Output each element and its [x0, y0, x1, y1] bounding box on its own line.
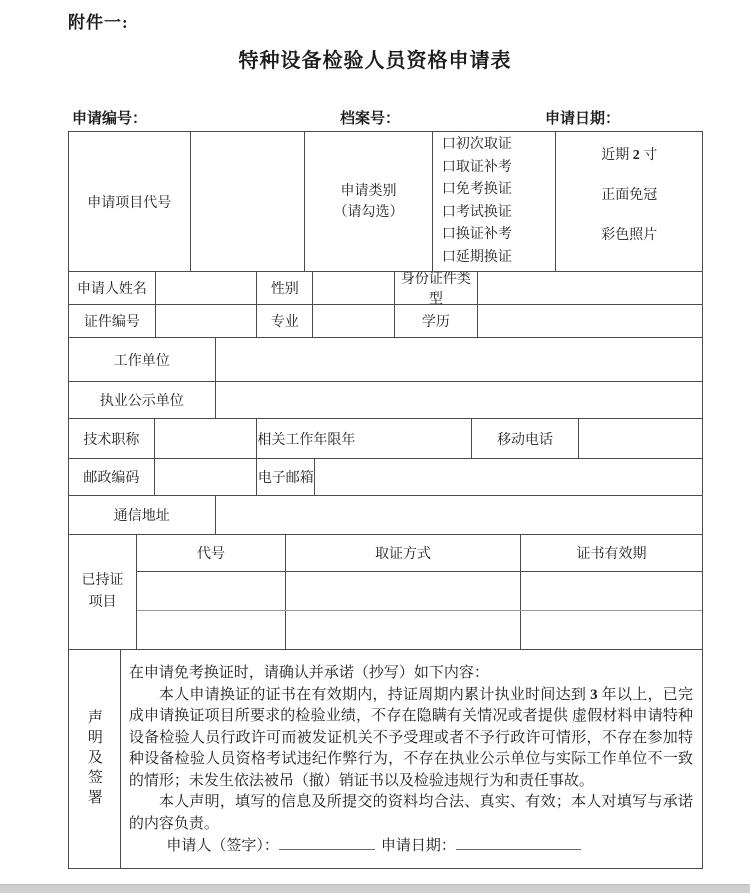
work-years-label: 相关工作年限年: [257, 419, 471, 458]
applicant-name-label: 申请人姓名: [69, 272, 156, 304]
applicant-name-field[interactable]: [156, 272, 258, 304]
project-code-field[interactable]: [191, 132, 306, 271]
declaration-commitment: 本人申请换证的证书在有效期内，持证周期内累计执业时间达到 3 年以上，已完成申请…: [129, 685, 693, 793]
held-data-row: [137, 611, 702, 649]
row-project-code: 申请项目代号 申请类别 （请勾选） 口初次取证 口取证补考 口免考换证 口考试换…: [69, 132, 702, 272]
row-declaration: 声明及签署 在申请免考换证时，请确认并承诺（抄写）如下内容： 本人申请换证的证书…: [69, 650, 702, 868]
row-address: 通信地址: [69, 496, 702, 535]
education-label: 学历: [395, 305, 478, 337]
id-number-field[interactable]: [156, 305, 258, 337]
declaration-text: 在申请免考换证时，请确认并承诺（抄写）如下内容： 本人申请换证的证书在有效期内，…: [121, 650, 702, 868]
held-code-field[interactable]: [137, 611, 286, 649]
postcode-label: 邮政编码: [69, 459, 155, 495]
application-form-table: 申请项目代号 申请类别 （请勾选） 口初次取证 口取证补考 口免考换证 口考试换…: [68, 131, 703, 869]
held-validity-field[interactable]: [521, 611, 702, 649]
declaration-label: 声明及签署: [69, 650, 121, 868]
declaration-intro: 在申请免考换证时，请确认并承诺（抄写）如下内容：: [129, 663, 693, 685]
signature-date-label: 申请日期：: [381, 838, 456, 854]
id-type-field[interactable]: [478, 272, 702, 304]
category-option-initial[interactable]: 口初次取证: [442, 134, 512, 157]
practice-unit-field[interactable]: [216, 382, 702, 418]
id-type-label: 身份证件类型: [395, 272, 478, 304]
major-field[interactable]: [313, 305, 395, 337]
category-option-exam-renew[interactable]: 口考试换证: [442, 202, 512, 225]
category-option-retake[interactable]: 口取证补考: [442, 157, 512, 180]
held-code-header: 代号: [137, 535, 286, 571]
row-applicant-name: 申请人姓名 性别 身份证件类型: [69, 272, 702, 305]
held-code-field[interactable]: [137, 572, 286, 611]
photo-line2: 正面免冠: [601, 186, 657, 206]
signature-line: 申请人（签字）：申请日期：: [129, 836, 693, 858]
category-option-exempt-renew[interactable]: 口免考换证: [442, 179, 512, 202]
held-method-field[interactable]: [286, 611, 521, 649]
project-code-label: 申请项目代号: [69, 132, 191, 271]
practice-unit-label: 执业公示单位: [69, 382, 216, 418]
photo-line1: 近期 2 寸: [601, 146, 657, 166]
tech-title-label: 技术职称: [69, 419, 155, 458]
held-method-field[interactable]: [286, 572, 521, 611]
held-validity-field[interactable]: [521, 572, 702, 611]
mobile-field[interactable]: [579, 419, 702, 458]
postcode-field[interactable]: [155, 459, 258, 495]
email-field[interactable]: [315, 459, 702, 495]
file-no-label: 档案号：: [340, 107, 400, 128]
tech-title-field[interactable]: [155, 419, 258, 458]
id-number-label: 证件编号: [69, 305, 156, 337]
category-option-delay-renew[interactable]: 口延期换证: [442, 247, 512, 270]
category-label: 申请类别 （请勾选）: [305, 132, 433, 271]
mobile-label: 移动电话: [472, 419, 580, 458]
address-field[interactable]: [216, 496, 702, 534]
held-certificates-label: 已持证 项目: [69, 535, 137, 649]
attachment-label: 附件一:: [68, 8, 129, 33]
email-label: 电子邮箱: [257, 459, 315, 495]
work-unit-field[interactable]: [216, 338, 702, 381]
signature-blank[interactable]: [279, 837, 375, 850]
signature-date-blank[interactable]: [456, 837, 581, 850]
category-label-line1: 申请类别: [341, 181, 397, 202]
held-validity-header: 证书有效期: [521, 535, 702, 571]
declaration-statement: 本人声明，填写的信息及所提交的资料均合法、真实、有效；本人对填写与承诺的内容负责…: [129, 792, 693, 835]
page-title: 特种设备检验人员资格申请表: [0, 44, 750, 73]
address-label: 通信地址: [69, 496, 216, 534]
document-page: 附件一: 特种设备检验人员资格申请表 申请编号： 档案号： 申请日期： 申请项目…: [0, 0, 750, 893]
window-bottom-edge: [0, 884, 750, 893]
held-header-row: 代号 取证方式 证书有效期: [137, 535, 702, 572]
category-label-line2: （请勾选）: [334, 202, 404, 223]
row-work-unit: 工作单位: [69, 338, 702, 382]
gender-label: 性别: [257, 272, 313, 304]
row-held-certificates: 已持证 项目 代号 取证方式 证书有效期: [69, 535, 702, 650]
row-id-number: 证件编号 专业 学历: [69, 305, 702, 338]
held-method-header: 取证方式: [286, 535, 521, 571]
application-no-label: 申请编号：: [72, 107, 147, 128]
signature-label: 申请人（签字）：: [166, 838, 279, 854]
category-options: 口初次取证 口取证补考 口免考换证 口考试换证 口换证补考 口延期换证: [433, 132, 557, 271]
photo-line3: 彩色照片: [601, 226, 657, 246]
major-label: 专业: [257, 305, 313, 337]
row-tech-title: 技术职称 相关工作年限年 移动电话: [69, 419, 702, 459]
education-field[interactable]: [478, 305, 702, 337]
application-date-label: 申请日期：: [545, 107, 620, 128]
work-unit-label: 工作单位: [69, 338, 216, 381]
held-data-row: [137, 572, 702, 612]
row-practice-unit: 执业公示单位: [69, 382, 702, 419]
gender-field[interactable]: [313, 272, 395, 304]
row-postcode: 邮政编码 电子邮箱: [69, 459, 702, 496]
category-option-renew-retake[interactable]: 口换证补考: [442, 224, 512, 247]
photo-box: 近期 2 寸 正面免冠 彩色照片: [556, 132, 702, 271]
